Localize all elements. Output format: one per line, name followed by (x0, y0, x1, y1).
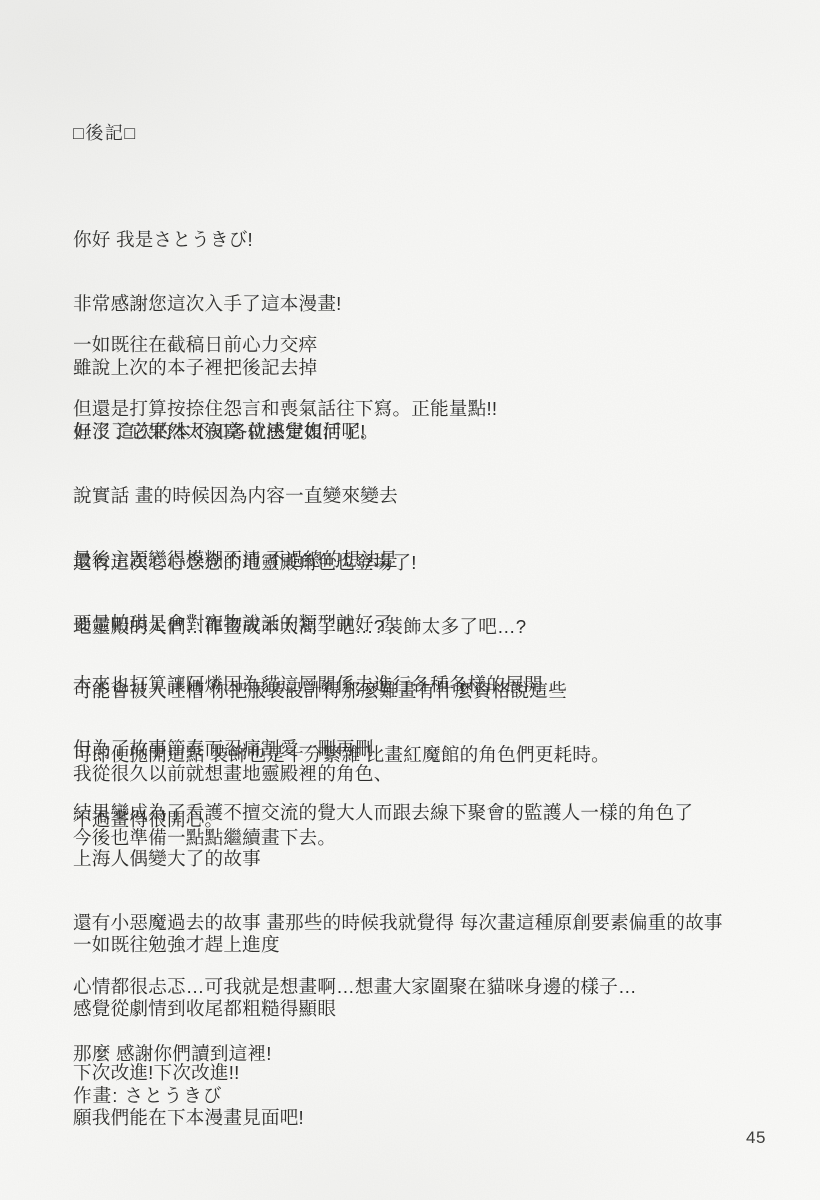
text-line: 好了 這次的本不知各位感覺如何呢! (73, 421, 411, 442)
text-line: 說實話 畫的時候因為内容一直變來變去 (73, 485, 411, 506)
text-line: 一如既往勉強才趕上進度 (73, 934, 336, 955)
text-line: 上海人偶變大了的故事 (73, 848, 723, 869)
text-line: 你好 我是さとうきび! (73, 229, 379, 250)
afterword-page: □後記□ 你好 我是さとうきび! 非常感謝您這次入手了這本漫畫! 雖說上次的本子… (0, 0, 820, 1200)
text-line: 我從很久以前就想畫地靈殿裡的角色、 (73, 763, 393, 784)
page-number: 45 (746, 1128, 766, 1148)
artist-credit: 作畫: さとうきび (73, 1082, 223, 1108)
text-line: 那麼 感謝你們讀到這裡! (73, 1043, 304, 1064)
text-line: 本來也打算讓阿燐因為貓這層關係去進行各種各樣的展開 (73, 674, 693, 695)
page-title: □後記□ (73, 119, 137, 145)
text-line: 一如既往在截稿日前心力交瘁 (73, 334, 497, 355)
text-line: 還有這次心心念念的地靈殿角色也登場了! (73, 552, 610, 573)
text-line: 願我們能在下本漫畫見面吧! (73, 1107, 304, 1128)
